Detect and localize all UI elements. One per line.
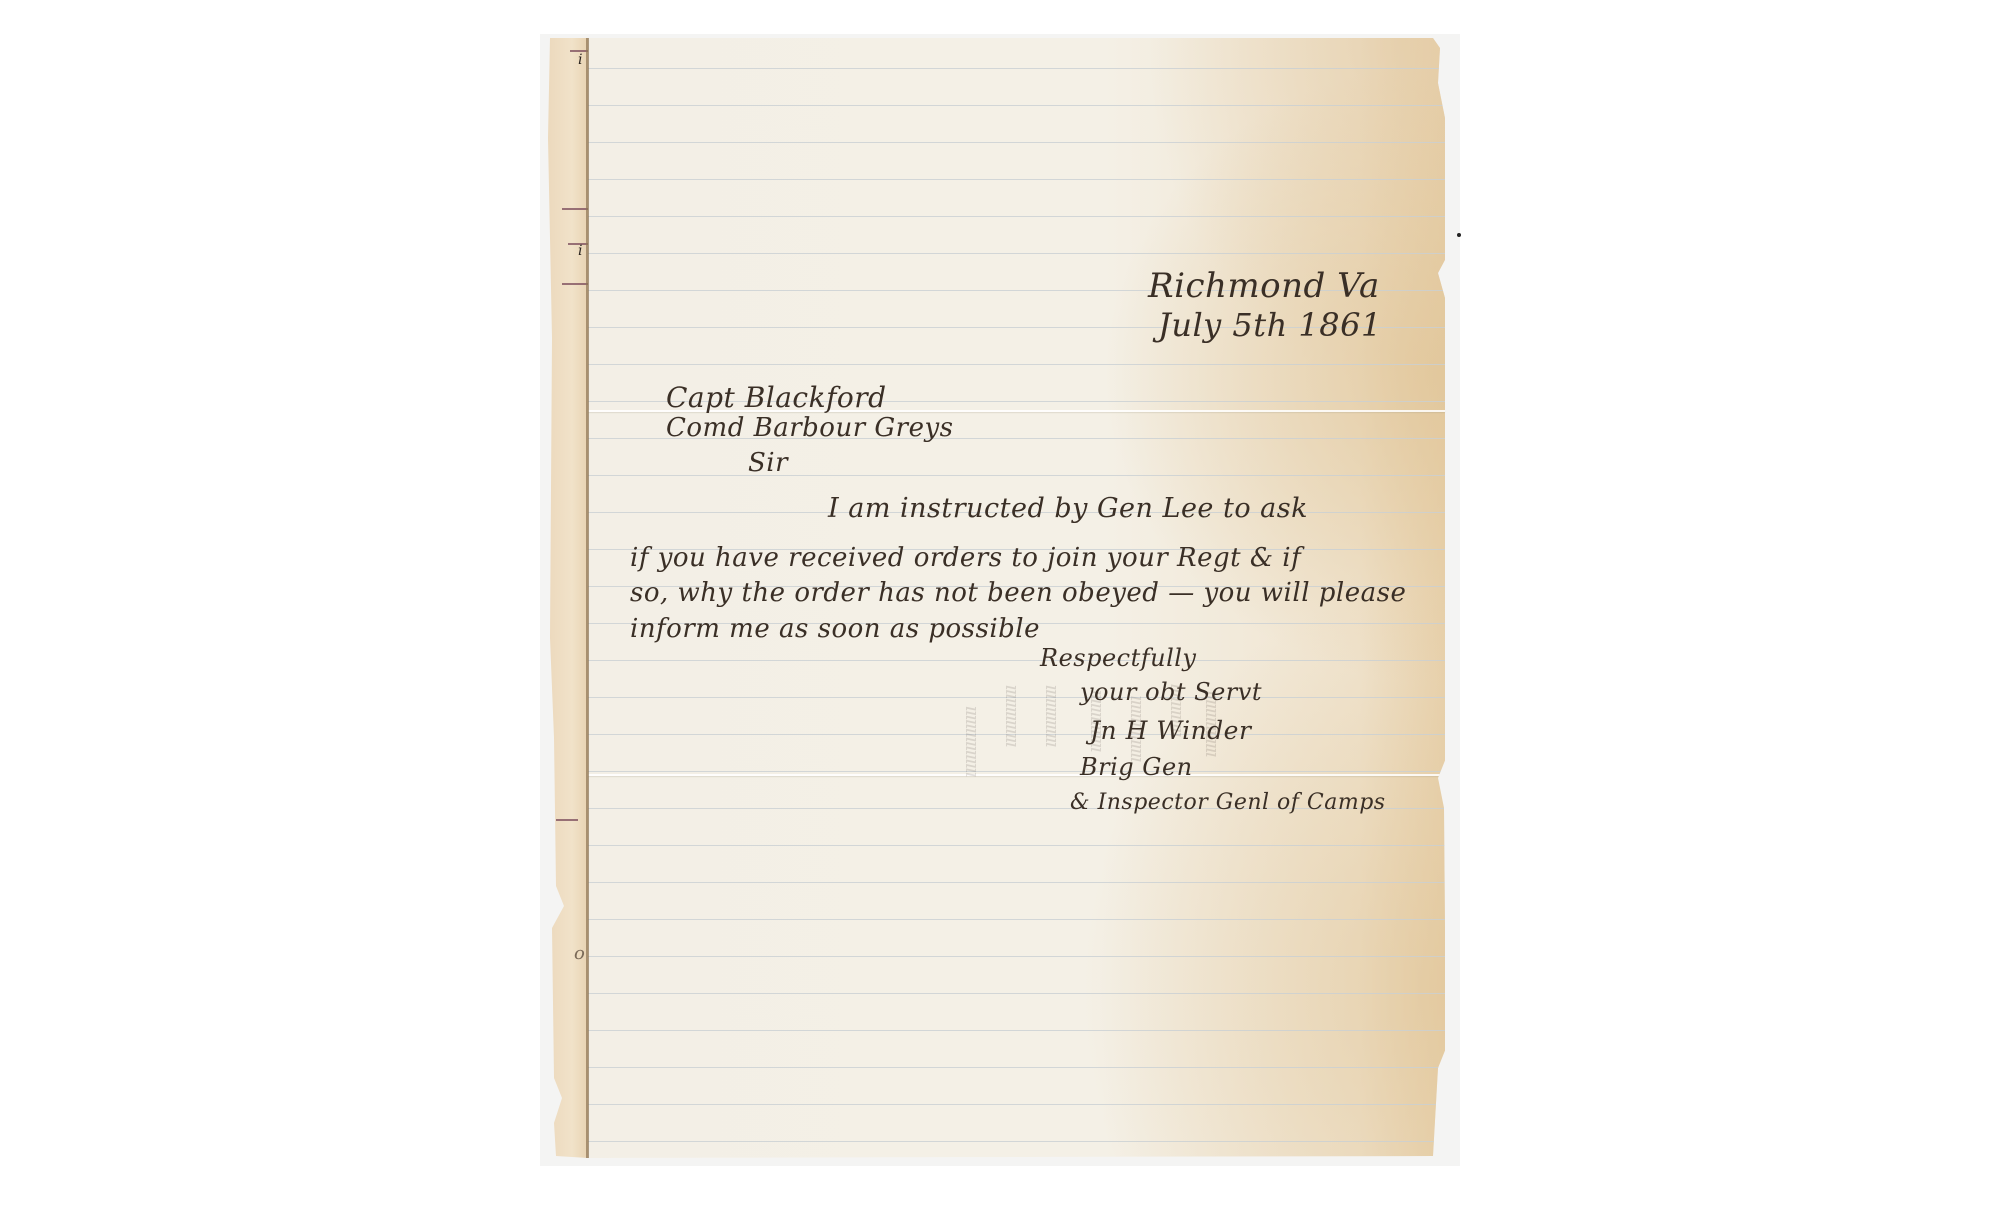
addressee: Capt Blackford — [666, 381, 887, 414]
signature: Jn H Winder — [1090, 716, 1251, 745]
stub-ruling-mark — [562, 283, 588, 285]
fold-crease — [588, 774, 1445, 776]
greeting: Sir — [748, 448, 788, 478]
dateline-place: Richmond Va — [1148, 266, 1380, 306]
closing-line: Respectfully — [1040, 644, 1197, 672]
stub-glyph: o — [574, 943, 585, 964]
scan-speck — [1457, 233, 1461, 237]
letter-sheet: ıııııııııııııııı ıııııııııııııı ıııııııı… — [588, 38, 1445, 1158]
dateline-date: July 5th 1861 — [1158, 306, 1382, 344]
stub-ruling-mark — [562, 208, 588, 210]
body-line: so, why the order has not been obeyed — … — [630, 578, 1406, 608]
torn-spine-edge — [586, 38, 589, 1158]
letter-page: i i o ııııııııııııııı — [548, 38, 1445, 1158]
addressee-unit: Comd Barbour Greys — [666, 413, 954, 443]
body-line: if you have received orders to join your… — [630, 543, 1301, 573]
stub-ruling-mark — [556, 819, 578, 821]
torn-stub-strip — [548, 38, 588, 1158]
closing-rank: Brig Gen — [1080, 753, 1193, 781]
stub-glyph: i — [578, 52, 582, 68]
body-line: I am instructed by Gen Lee to ask — [828, 493, 1308, 524]
stub-glyph: i — [578, 243, 582, 259]
body-line: inform me as soon as possible — [630, 614, 1040, 644]
closing-line: your obt Servt — [1080, 678, 1262, 706]
closing-title: & Inspector Genl of Camps — [1070, 790, 1386, 815]
